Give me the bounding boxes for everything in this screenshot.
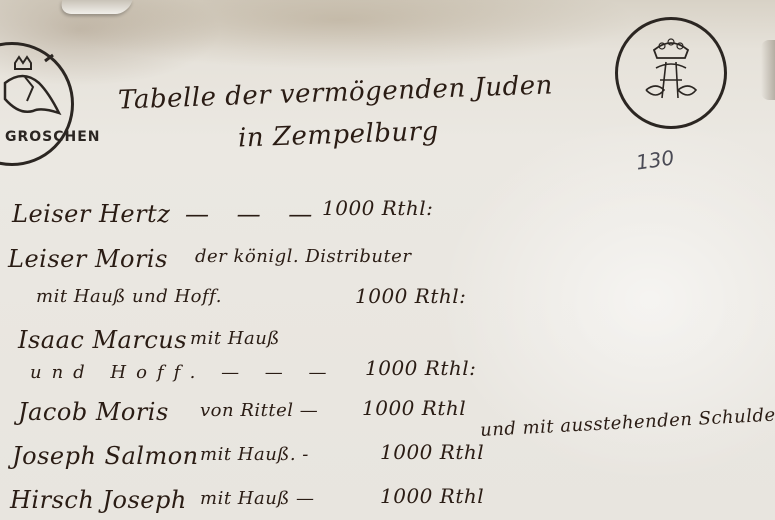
entry-detail: mit Hauß — [190, 328, 280, 349]
entry-name: Jacob Moris — [18, 398, 169, 426]
entry-detail: von Rittel — — [200, 400, 318, 421]
entry-name: Isaac Marcus — [18, 326, 187, 354]
entry-detail: mit Hauß — — [200, 488, 315, 509]
right-monogram-stamp — [615, 17, 727, 129]
entry-amount: 1000 Rthl: — [355, 284, 466, 308]
entry-detail: mit Hauß und Hoff. — [36, 286, 222, 307]
entry-amount: 1000 Rthl: — [365, 356, 476, 380]
entry-amount: 1000 Rthl: — [322, 196, 433, 220]
entry-dashes: — — — — [185, 200, 322, 228]
entry-amount: 1000 Rthl — [362, 396, 466, 420]
entry-name: Leiser Hertz — [12, 200, 170, 228]
entry-amount: 1000 Rthl — [380, 484, 484, 508]
prussian-eagle-crown-icon — [0, 53, 75, 133]
stamp-text: GROSCHEN — [5, 129, 101, 145]
entry-name: Hirsch Joseph — [10, 486, 187, 514]
entry-name: Joseph Salmon — [12, 442, 199, 470]
entry-detail: und Hoff. — — — — [30, 362, 337, 383]
entry-detail: der königl. Distributer — [195, 246, 411, 267]
crowned-monogram-icon — [626, 28, 716, 118]
entry-name: Leiser Moris — [8, 245, 168, 273]
entry-amount: 1000 Rthl — [380, 440, 484, 464]
entry-detail: mit Hauß. - — [200, 444, 309, 465]
folded-corner — [57, 0, 132, 14]
page-edge — [761, 40, 775, 100]
